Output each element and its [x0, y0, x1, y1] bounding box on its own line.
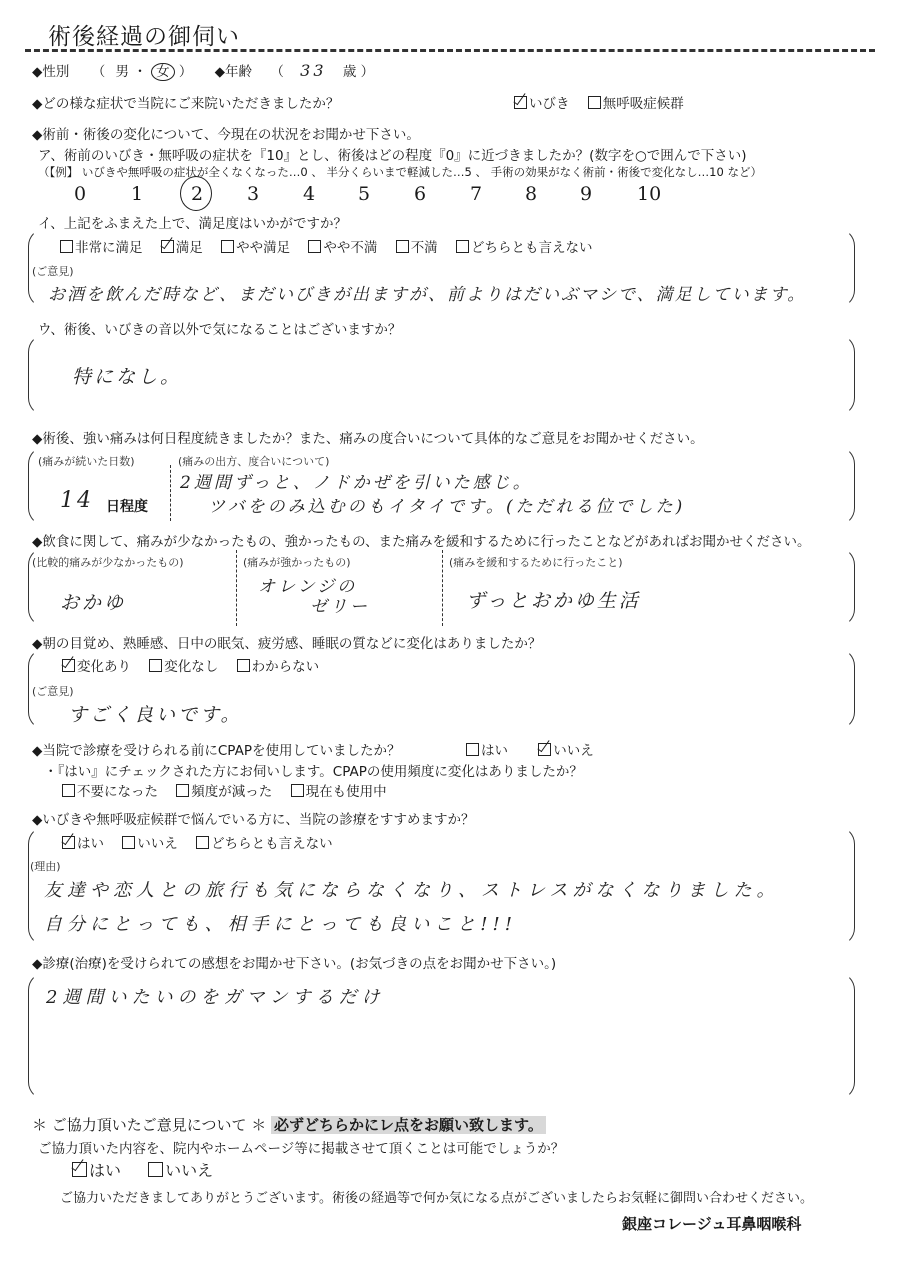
recommend-option-neither[interactable]: どちらとも言えない: [196, 836, 333, 852]
recommend-reason-line2[interactable]: 自分にとっても、相手にとっても良いこと!!!: [44, 910, 517, 936]
food-less-value[interactable]: おかゆ: [60, 588, 126, 615]
checkbox-icon: [196, 836, 209, 849]
recommend-option-no[interactable]: いいえ: [122, 836, 178, 852]
satisfaction-option-very-satisfied[interactable]: 非常に満足: [60, 240, 143, 256]
checkbox-icon: [60, 240, 73, 253]
satisfaction-option-dissatisfied[interactable]: 不満: [396, 240, 438, 256]
sleep-option-unknown[interactable]: わからない: [237, 659, 320, 675]
consent-thanks: ご協力いただきましてありがとうございます。術後の経過等で何か気になる点がございま…: [60, 1187, 813, 1206]
cpap-question: ◆当院で診療を受けられる前にCPAPを使用していましたか？: [32, 739, 400, 759]
checkbox-checked-icon: [72, 1162, 87, 1177]
cpap-sub-option-unnecessary[interactable]: 不要になった: [62, 784, 158, 800]
symptom-option-snoring[interactable]: いびき: [514, 96, 570, 112]
checkbox-icon: [122, 836, 135, 849]
recommend-question: ◆いびきや無呼吸症候群で悩んでいる方に、当院の診療をすすめますか？: [32, 808, 475, 828]
satisfaction-option-neither[interactable]: どちらとも言えない: [456, 240, 593, 256]
consent-option-no[interactable]: いいえ: [148, 1161, 213, 1180]
gender-label: ◆性別: [32, 64, 69, 80]
consent-question: ご協力頂いた内容を、院内やホームページ等に掲載させて頂くことは可能でしょうか？: [38, 1137, 564, 1157]
cpap-sub-option-still-using[interactable]: 現在も使用中: [291, 784, 387, 800]
recommend-reason-label: (理由): [30, 858, 61, 874]
cpap-options: はい いいえ: [466, 739, 608, 759]
scale-3[interactable]: 3: [247, 183, 259, 205]
checkbox-checked-icon: [161, 240, 174, 253]
change-heading: ◆術前・術後の変化について、今現在の状況をお聞かせ下さい。: [32, 123, 420, 143]
consent-options: はい いいえ: [72, 1158, 227, 1181]
scale-0[interactable]: 0: [74, 183, 86, 205]
sleep-option-changed[interactable]: 変化あり: [62, 659, 131, 675]
satisfaction-opinion-label: (ご意見): [32, 263, 74, 279]
title-divider: [25, 49, 875, 52]
consent-heading: ＊ ご協力頂いたご意見について ＊ 必ずどちらかにレ点をお願い致します。: [32, 1114, 546, 1135]
checkbox-icon: [62, 784, 75, 797]
checkbox-checked-icon: [514, 96, 527, 109]
scale-8[interactable]: 8: [525, 183, 537, 205]
sleep-option-no-change[interactable]: 変化なし: [149, 659, 218, 675]
impressions-answer[interactable]: 2週間いたいのをガマンするだけ: [46, 983, 384, 1009]
pain-divider: [170, 465, 171, 521]
impressions-question: ◆診療(治療)を受けられての感想をお聞かせ下さい。(お気づきの点をお聞かせ下さい…: [32, 952, 556, 972]
scale-9[interactable]: 9: [580, 183, 592, 205]
symptom-options: いびき 無呼吸症候群: [514, 92, 698, 112]
page-title: 術後経過の御伺い: [48, 18, 240, 51]
pain-days-label: (痛みが続いた日数): [38, 453, 135, 469]
cpap-sub-options: 不要になった 頻度が減った 現在も使用中: [62, 780, 401, 800]
age-value[interactable]: 33: [300, 61, 326, 80]
checkbox-icon: [396, 240, 409, 253]
cpap-sub-option-reduced[interactable]: 頻度が減った: [176, 784, 272, 800]
change-example: （【例】 いびきや無呼吸の症状が全くなくなった…0 、 半分くらいまで軽減した……: [38, 164, 762, 180]
checkbox-icon: [456, 240, 469, 253]
selection-circle-icon: [180, 176, 212, 211]
checkbox-icon: [588, 96, 601, 109]
clinic-name: 銀座コレージュ耳鼻咽喉科: [622, 1213, 801, 1234]
symptom-option-apnea[interactable]: 無呼吸症候群: [588, 96, 684, 112]
gender-age-row: ◆性別 （ 男 ・ 女 ） ◆年齢 （ 33 歳 ）: [32, 60, 374, 80]
checkbox-icon: [149, 659, 162, 672]
satisfaction-option-somewhat-satisfied[interactable]: やや満足: [221, 240, 290, 256]
scale-4[interactable]: 4: [303, 183, 315, 205]
checkbox-icon: [466, 743, 479, 756]
checkbox-icon: [237, 659, 250, 672]
recommend-options: はい いいえ どちらとも言えない: [62, 832, 347, 852]
pain-detail-line1[interactable]: 2週間ずっと、ノドかぜを引いた感じ。: [180, 468, 533, 493]
pain-detail-line2[interactable]: ツバをのみ込むのもイタイです。(ただれる位でした): [208, 492, 685, 517]
cpap-option-no[interactable]: いいえ: [538, 743, 594, 759]
consent-option-yes[interactable]: はい: [72, 1161, 121, 1180]
scale-7[interactable]: 7: [470, 183, 482, 205]
symptom-question: ◆どの様な症状で当院にご来院いただきましたか？: [32, 92, 339, 112]
satisfaction-opinion[interactable]: お酒を飲んだ時など、まだいびきが出ますが、前よりはだいぶマシで、満足しています。: [48, 280, 806, 305]
pain-days-value[interactable]: 14: [60, 488, 94, 513]
satisfaction-options: 非常に満足 満足 やや満足 やや不満 不満 どちらとも言えない: [60, 236, 606, 256]
consent-heading-emphasis: 必ずどちらかにレ点をお願い致します。: [271, 1116, 546, 1134]
gender-female-option-selected[interactable]: 女: [151, 63, 175, 81]
food-divider-1: [236, 550, 237, 626]
gender-male-option[interactable]: 男: [115, 64, 129, 80]
recommend-option-yes[interactable]: はい: [62, 836, 104, 852]
food-strong-label: (痛みが強かったもの): [243, 554, 351, 570]
checkbox-icon: [308, 240, 321, 253]
food-relief-label: (痛みを緩和するために行ったこと): [449, 554, 623, 570]
pain-question: ◆術後、強い痛みは何日程度続きましたか？また、痛みの度合いについて具体的なご意見…: [32, 427, 704, 447]
food-less-label: (比較的痛みが少なかったもの): [32, 554, 184, 570]
checkbox-icon: [176, 784, 189, 797]
food-divider-2: [442, 550, 443, 626]
age-label: ◆年齢: [215, 64, 252, 80]
sleep-options: 変化あり 変化なし わからない: [62, 655, 333, 675]
scale-1[interactable]: 1: [131, 183, 143, 205]
change-question-a: ア、術前のいびき・無呼吸の症状を『10』とし、術後はどの程度『0』に近づきました…: [38, 144, 747, 164]
sleep-opinion[interactable]: すごく良いです。: [68, 700, 242, 727]
food-strong-value-2[interactable]: ゼリー: [310, 592, 370, 617]
pain-days-unit: 日程度: [106, 496, 148, 516]
checkbox-icon: [221, 240, 234, 253]
food-relief-value[interactable]: ずっとおかゆ生活: [466, 586, 641, 613]
checkbox-checked-icon: [62, 659, 75, 672]
checkbox-icon: [291, 784, 304, 797]
checkbox-checked-icon: [62, 836, 75, 849]
pain-detail-label: (痛みの出方、度合いについて): [178, 453, 329, 469]
satisfaction-option-satisfied[interactable]: 満足: [161, 240, 203, 256]
checkbox-checked-icon: [538, 743, 551, 756]
checkbox-icon: [148, 1162, 163, 1177]
cpap-option-yes[interactable]: はい: [466, 743, 508, 759]
scale-10[interactable]: 10: [637, 183, 661, 205]
recommend-reason-line1[interactable]: 友達や恋人との旅行も気にならなくなり、ストレスがなくなりました。: [44, 876, 779, 902]
other-concerns-answer[interactable]: 特になし。: [72, 362, 182, 389]
scale-6[interactable]: 6: [414, 183, 426, 205]
satisfaction-option-somewhat-dissatisfied[interactable]: やや不満: [308, 240, 377, 256]
scale-5[interactable]: 5: [358, 183, 370, 205]
consent-heading-prefix: ＊ ご協力頂いたご意見について ＊: [32, 1116, 266, 1134]
sleep-opinion-label: (ご意見): [32, 683, 74, 699]
cpap-sub-question: ・『はい』にチェックされた方にお伺いします。CPAPの使用頻度に変化はありました…: [44, 760, 583, 780]
